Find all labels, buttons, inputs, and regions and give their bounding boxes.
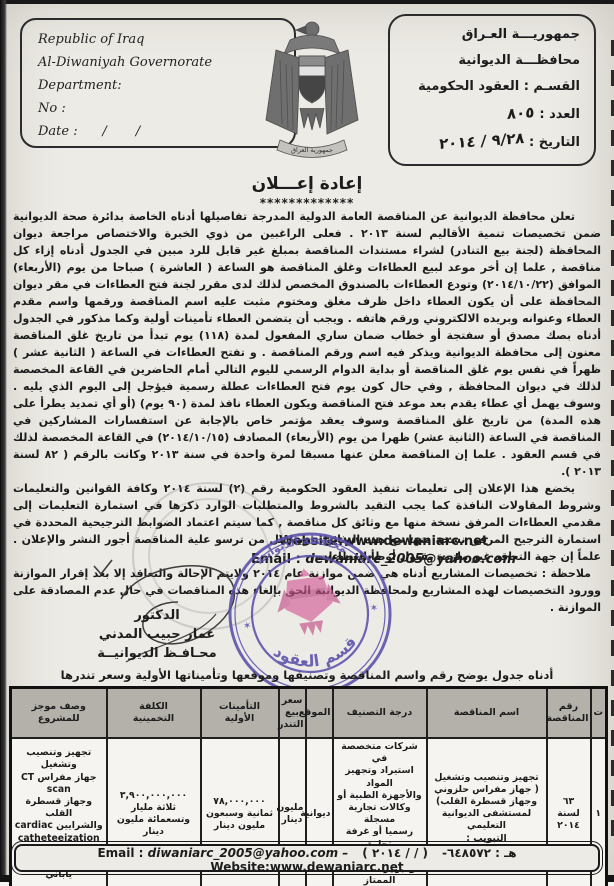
iraq-coat-of-arms-emblem: جمهورية العراق [252,12,372,167]
check-mark [94,560,112,574]
footer-website: Website:www.dewaniarc.net [16,860,598,874]
col-location: الموقع [306,688,333,739]
eagle-tail [300,108,324,130]
number-value-handwritten: ٨٠٥ [507,99,535,127]
stamp-center-emblem [272,564,345,640]
eagle-shoulders [284,35,340,54]
scroll-text: جمهورية العراق [291,146,333,154]
footer-date-blank: ( ٢٠١٤ / / ) [362,846,428,860]
scan-edge-top [0,0,614,4]
letterhead-country-ar: جمهوريـــة العـراق [404,22,580,48]
stamp-left-star: ✶ [242,620,252,632]
eagle-beak [296,26,306,34]
eagle-head [305,22,319,36]
col-tender-name: اسم المناقصة [427,688,547,739]
letterhead-governorate-ar: محافظـــة الديوانية [404,48,580,74]
col-classification: درجة التصنيف [333,688,427,739]
announcement-title: إعادة إعـــلان [0,174,614,194]
scan-edge-left [0,0,7,886]
date-label-ar: التاريخ : [529,135,580,150]
footer-phone: هـ : ٦٤٨٥٧٢- [442,846,517,860]
document-date-line: التاريخ : ٩/٢٨ / ٢٠١٤ [404,128,580,156]
footer-email-label: Email : [97,846,147,860]
col-tender-number: رقم المناقصة [547,688,591,739]
letterhead-arabic-box: جمهوريـــة العـراق محافظـــة الديوانية ا… [388,14,596,166]
scanned-tender-document: Republic of Iraq Al-Diwaniyah Governorat… [0,0,614,886]
letterhead-date-line-en: Date : / / [38,120,278,143]
col-project-description: وصف موجز للمشروع [11,688,107,739]
letterhead-governorate-en: Al-Diwaniyah Governorate [38,51,278,74]
date-label-en: Date : [38,124,78,139]
footer-line-1: Email : diwaniarc_2005@yahoo.com – ( ٢٠١… [16,846,598,860]
footer-contact-box: Email : diwaniarc_2005@yahoo.com – ( ٢٠١… [14,844,600,872]
date-value-handwritten: ٩/٢٨ / ٢٠١٤ [439,125,525,157]
letterhead-no-label-en: No : [38,97,278,120]
col-serial: ت [591,688,607,739]
number-label: العدد : [539,107,580,122]
letterhead-country-en: Republic of Iraq [38,28,278,51]
eagle-left-wing [266,50,300,134]
stamp-right-star: ✶ [369,603,379,615]
footer-email-address: diwaniarc_2005@yahoo.com – [148,846,349,860]
col-estimated-cost: الكلفة التخمينية [107,688,201,739]
date-value-en: / / [78,124,140,139]
document-number-line: العدد : ٨٠٥ [404,100,580,128]
body-paragraph-1: تعلن محافظة الديوانية عن المناقصة العامة… [13,208,601,480]
table-header-row: ت رقم المناقصة اسم المناقصة درجة التصنيف… [11,688,607,739]
table-intro-line: أدناه جدول يوضح رقم واسم المناقصة وتصنيف… [8,668,606,682]
letterhead-department-label-en: Department: [38,74,278,97]
footer-email: Email : diwaniarc_2005@yahoo.com – [97,846,348,860]
letterhead-department-ar: القسـم : العقود الحكومية [404,74,580,100]
signatory-position: محـافـظ الديوانيــة [62,644,252,663]
eagle-right-wing [324,50,358,134]
col-initial-deposit: التأمينات الأولية [201,688,279,739]
